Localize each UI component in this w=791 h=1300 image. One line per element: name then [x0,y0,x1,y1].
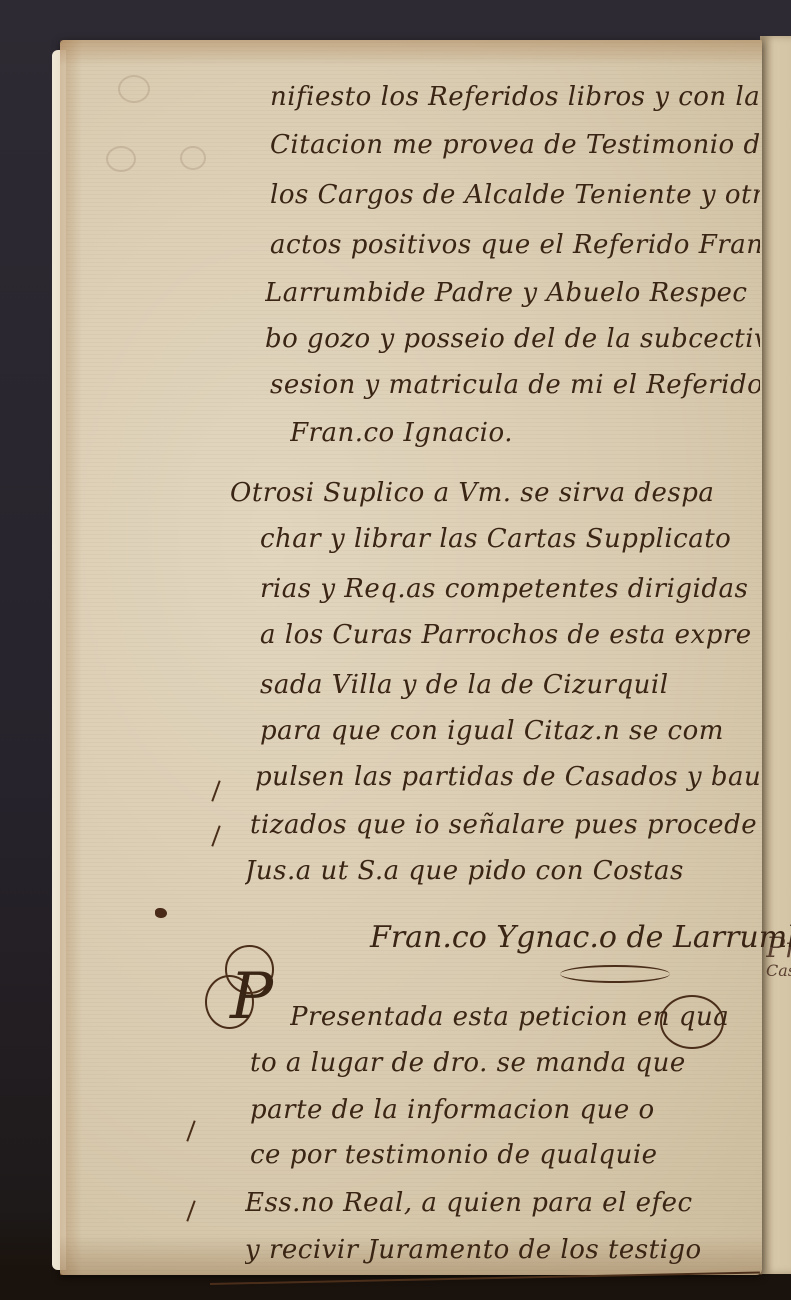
adjacent-page-fragment-2: Cas [766,961,791,980]
decree-line: ce por testimonio de qualquie [250,1140,760,1170]
decree-line: parte de la informacion que o [250,1095,760,1125]
decree-line: y recivir Juramento de los testigo [245,1235,760,1265]
decree-line: to a lugar de dro. se manda que [250,1048,760,1078]
ink-blot [155,908,167,918]
petition-line: tizados que io señalare pues procede [250,810,760,840]
petition-line: para que con igual Citaz.n se com [260,716,760,746]
margin-mark [211,780,220,801]
bleed-through-mark [106,146,136,172]
petition-line: nifiesto los Referidos libros y con la m… [270,82,760,112]
adjacent-page: Pr Cas [760,36,791,1274]
manuscript-page: nifiesto los Referidos libros y con la m… [60,40,762,1275]
petition-line: Larrumbide Padre y Abuelo Respec [265,278,760,308]
margin-mark [211,825,220,846]
petition-line: Jus.a ut S.a que pido con Costas [245,856,760,886]
signature: Fran.co Ygnac.o de Larrumbide [370,920,791,955]
petition-line: los Cargos de Alcalde Teniente y otros [270,180,760,210]
petition-line: Otrosi Suplico a Vm. se sirva despa [230,478,760,508]
stain [60,40,762,66]
margin-mark [186,1120,195,1141]
petition-line: rias y Req.as competentes dirigidas [260,574,760,604]
bleed-through-mark [180,146,206,170]
petition-line: actos positivos que el Referido Fran.co … [270,230,760,260]
petition-line: pulsen las partidas de Casados y bau [255,762,760,792]
petition-line: sesion y matricula de mi el Referido [270,370,760,400]
decree-line: Presentada esta peticion en qua [290,1002,760,1032]
petition-line: char y librar las Cartas Supplicato [260,524,760,554]
petition-line: bo gozo y posseio del de la subcectiva p… [265,324,760,354]
petition-line: Citacion me provea de Testimonio de [270,130,760,160]
signature-flourish [560,965,670,983]
petition-line: sada Villa y de la de Cizurquil [260,670,760,700]
stain [60,40,82,1275]
margin-mark [186,1200,195,1221]
bleed-through-mark [118,75,150,103]
petition-line: a los Curas Parrochos de esta expre [260,620,760,650]
decree-line: Ess.no Real, a quien para el efec [245,1188,760,1218]
petition-line: Fran.co Ignacio. [290,418,590,448]
decree-initial: P [230,965,273,1029]
